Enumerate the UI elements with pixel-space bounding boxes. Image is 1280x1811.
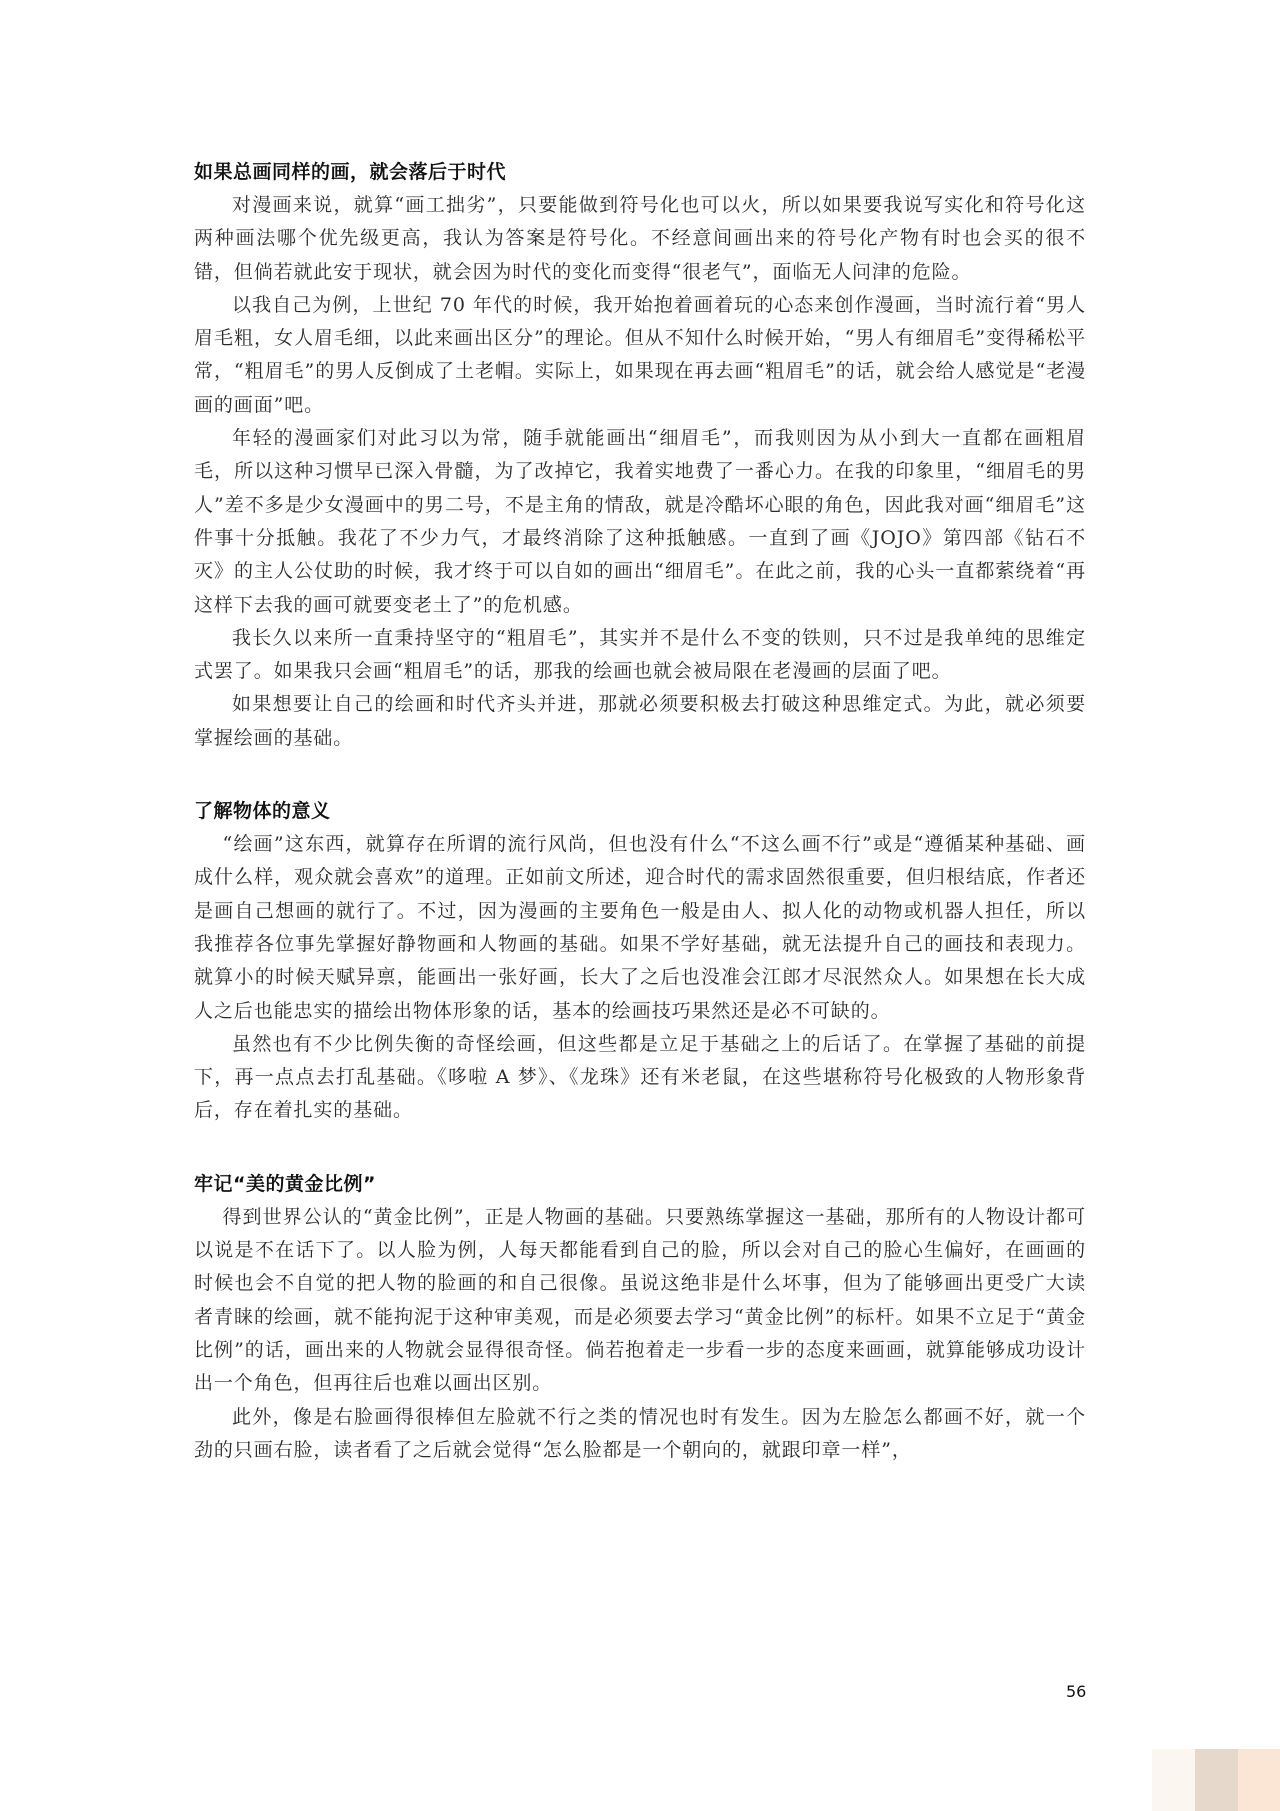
paragraph: 我长久以来所一直秉持坚守的“粗眉毛”，其实并不是什么不变的铁则，只不过是我单纯的… bbox=[194, 622, 1086, 689]
color-swatch bbox=[1238, 1749, 1280, 1811]
color-swatch bbox=[1152, 1749, 1195, 1811]
paragraph: 虽然也有不少比例失衡的奇怪绘画，但这些都是立足于基础之上的后话了。在掌握了基础的… bbox=[194, 1028, 1086, 1128]
paragraph: 如果想要让自己的绘画和时代齐头并进，那就必须要积极去打破这种思维定式。为此，就必… bbox=[194, 688, 1086, 755]
paragraph: “绘画”这东西，就算存在所谓的流行风尚，但也没有什么“不这么画不行”或是“遵循某… bbox=[194, 828, 1086, 1028]
paragraph: 此外，像是右脸画得很棒但左脸就不行之类的情况也时有发生。因为左脸怎么都画不好，就… bbox=[194, 1401, 1086, 1468]
page-number: 56 bbox=[1066, 1682, 1086, 1701]
section-heading: 牢记“美的黄金比例” bbox=[194, 1168, 1086, 1201]
color-swatch bbox=[1195, 1749, 1238, 1811]
section-heading: 如果总画同样的画，就会落后于时代 bbox=[194, 156, 1086, 189]
page-content: 如果总画同样的画，就会落后于时代 对漫画来说，就算“画工拙劣”，只要能做到符号化… bbox=[194, 156, 1086, 1467]
paragraph: 年轻的漫画家们对此习以为常，随手就能画出“细眉毛”，而我则因为从小到大一直都在画… bbox=[194, 422, 1086, 622]
paragraph: 对漫画来说，就算“画工拙劣”，只要能做到符号化也可以火，所以如果要我说写实化和符… bbox=[194, 189, 1086, 289]
paragraph: 以我自己为例，上世纪 70 年代的时候，我开始抱着画着玩的心态来创作漫画，当时流… bbox=[194, 289, 1086, 422]
section-heading: 了解物体的意义 bbox=[194, 795, 1086, 828]
section-spacer bbox=[194, 1128, 1086, 1168]
paragraph: 得到世界公认的“黄金比例”，正是人物画的基础。只要熟练掌握这一基础，那所有的人物… bbox=[194, 1201, 1086, 1401]
section-spacer bbox=[194, 755, 1086, 795]
